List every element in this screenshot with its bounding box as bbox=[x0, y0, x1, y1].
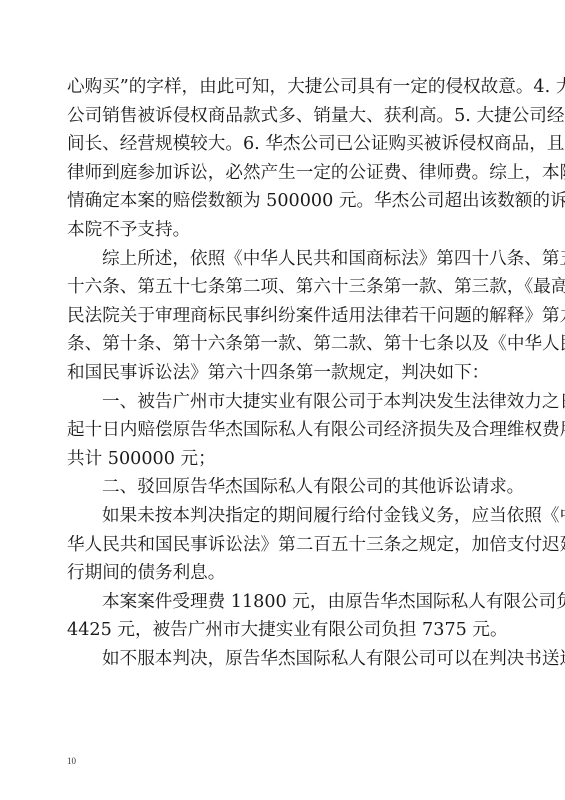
text-line: 4425 元，被告广州市大捷实业有限公司负担 7375 元。 bbox=[67, 616, 499, 645]
page-number: 10 bbox=[67, 756, 76, 766]
text-line: 如果未按本判决指定的期间履行给付金钱义务，应当依照《中 bbox=[67, 502, 499, 531]
text-line: 综上所述，依照《中华人民共和国商标法》第四十八条、第五 bbox=[67, 245, 499, 274]
text-line: 一、被告广州市大捷实业有限公司于本判决发生法律效力之日 bbox=[67, 388, 499, 417]
text-line: 条、第十条、第十六条第一款、第二款、第十七条以及《中华人民共 bbox=[67, 330, 499, 359]
text-line: 二、驳回原告华杰国际私人有限公司的其他诉讼请求。 bbox=[67, 473, 499, 502]
text-line: 公司销售被诉侵权商品款式多、销量大、获利高。5. 大捷公司经营时 bbox=[67, 102, 499, 131]
text-line: 本院不予支持。 bbox=[67, 216, 499, 245]
text-line: 律师到庭参加诉讼，必然产生一定的公证费、律师费。综上，本院酌 bbox=[67, 159, 499, 188]
judgment-body-text: 心购买”的字样，由此可知，大捷公司具有一定的侵权故意。4. 大捷 公司销售被诉侵… bbox=[67, 73, 499, 673]
text-line: 和国民事诉讼法》第六十四条第一款规定，判决如下： bbox=[67, 359, 499, 388]
text-line: 如不服本判决，原告华杰国际私人有限公司可以在判决书送达 bbox=[67, 645, 499, 674]
text-line: 起十日内赔偿原告华杰国际私人有限公司经济损失及合理维权费用 bbox=[67, 416, 499, 445]
text-line: 十六条、第五十七条第二项、第六十三条第一款、第三款，《最高人 bbox=[67, 273, 499, 302]
document-page: 心购买”的字样，由此可知，大捷公司具有一定的侵权故意。4. 大捷 公司销售被诉侵… bbox=[0, 0, 565, 800]
text-line: 民法院关于审理商标民事纠纷案件适用法律若干问题的解释》第九 bbox=[67, 302, 499, 331]
text-line: 心购买”的字样，由此可知，大捷公司具有一定的侵权故意。4. 大捷 bbox=[67, 73, 499, 102]
text-line: 华人民共和国民事诉讼法》第二百五十三条之规定，加倍支付迟延履 bbox=[67, 531, 499, 560]
text-line: 共计 500000 元； bbox=[67, 445, 499, 474]
text-line: 间长、经营规模较大。6. 华杰公司已公证购买被诉侵权商品，且委托 bbox=[67, 130, 499, 159]
text-line: 情确定本案的赔偿数额为 500000 元。华杰公司超出该数额的诉请， bbox=[67, 187, 499, 216]
text-line: 行期间的债务利息。 bbox=[67, 559, 499, 588]
text-line: 本案案件受理费 11800 元，由原告华杰国际私人有限公司负担 bbox=[67, 588, 499, 617]
